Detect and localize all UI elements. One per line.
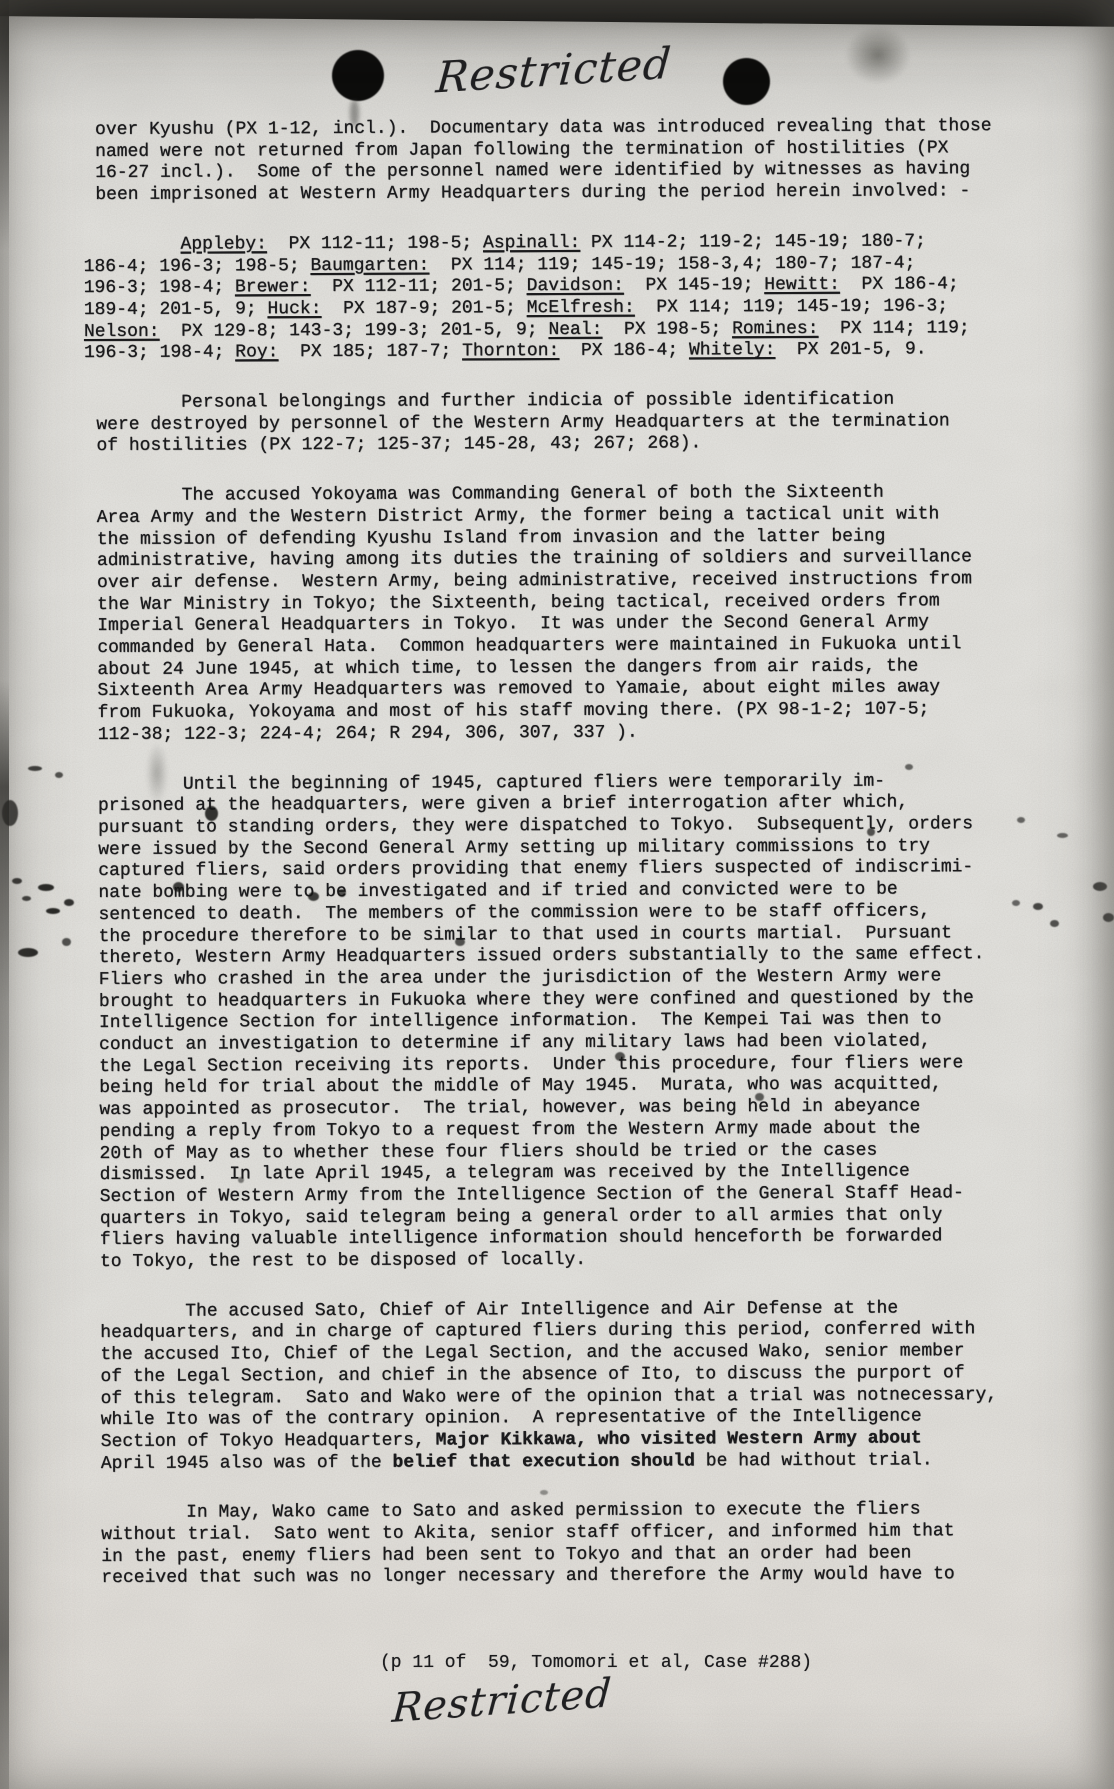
underlined-name: Brewer: xyxy=(235,277,311,297)
text-segment: administrative, having among its duties … xyxy=(97,547,972,571)
text-segment: conduct an investigation to determine if… xyxy=(99,1031,931,1055)
text-segment: The accused Sato, Chief of Air Intellige… xyxy=(185,1298,898,1321)
text-segment: PX 114; 119; xyxy=(818,318,969,339)
ink-speck xyxy=(1093,882,1107,891)
text-segment: named were not returned from Japan follo… xyxy=(95,138,948,162)
scanner-edge-top xyxy=(0,0,1114,27)
text-segment: were destroyed by personnel of the Weste… xyxy=(96,411,949,435)
text-segment: Personal belongings and further indicia … xyxy=(181,390,894,413)
ink-speck xyxy=(1050,920,1059,927)
text-line: commanded by General Hata. Common headqu… xyxy=(97,634,1097,660)
ink-speck xyxy=(205,806,218,821)
text-segment: PX 114; 119; 145-19; 196-3; xyxy=(635,296,948,317)
text-segment: being held for trial about the middle of… xyxy=(99,1075,942,1099)
text-line: thereto, Western Army Headquarters issue… xyxy=(99,944,1099,970)
text-segment: received that such was no longer necessa… xyxy=(101,1565,954,1589)
text-segment: Area Army and the Western District Army,… xyxy=(97,504,940,528)
page-footer: (p 11 of 59, Tomomori et al, Case #288) xyxy=(380,1653,812,1673)
text-line: without trial. Sato went to Akita, senio… xyxy=(101,1521,1101,1547)
ink-speck xyxy=(1057,833,1068,838)
text-segment: PX 145-19; xyxy=(624,275,765,296)
text-segment: captured fliers, said orders providing t… xyxy=(98,858,973,882)
ink-speck xyxy=(18,948,38,957)
text-segment: Major Kikkawa, who visited Western Army … xyxy=(436,1428,922,1450)
restricted-stamp-bottom: Restricted xyxy=(391,1670,614,1732)
wako-permission-paragraph: In May, Wako came to Sato and asked perm… xyxy=(101,1499,1101,1590)
text-segment: Imperial General Headquarters in Tokyo. … xyxy=(97,613,929,637)
text-segment: the Legal Section receiving its reports.… xyxy=(99,1053,963,1077)
text-segment: the War Ministry in Tokyo; the Sixteenth… xyxy=(97,591,940,615)
underlined-name: Thornton: xyxy=(462,341,559,361)
text-segment: 112-38; 122-3; 224-4; 264; R 294, 306, 3… xyxy=(98,723,638,745)
text-segment: was appointed as prosecutor. The trial, … xyxy=(99,1097,920,1121)
ink-speck xyxy=(55,772,63,778)
fliers-procedure-paragraph: Until the beginning of 1945, captured fl… xyxy=(98,770,1100,1274)
scanned-document-page: Restricted over Kyushu (PX 1-12, incl.).… xyxy=(0,0,1114,1789)
text-segment: 16-27 incl.). Some of the personnel name… xyxy=(95,160,970,184)
hole-punch-left xyxy=(332,50,384,101)
text-segment: over Kyushu (PX 1-12, incl.). Documentar… xyxy=(95,116,992,140)
text-segment: over air defense. Western Army, being ad… xyxy=(97,569,972,593)
text-line: been imprisoned at Western Army Headquar… xyxy=(95,181,1095,207)
underlined-name: Aspinall: xyxy=(483,233,580,253)
document-body: over Kyushu (PX 1-12, incl.). Documentar… xyxy=(95,116,1101,1591)
ink-speck xyxy=(64,899,74,906)
underlined-name: Neal: xyxy=(548,319,602,339)
underlined-name: Romines: xyxy=(732,318,819,338)
ink-speck xyxy=(1103,913,1114,922)
exhibit-name-list: Appleby: PX 112-11; 198-5; Aspinall: PX … xyxy=(96,230,1097,365)
yokoyama-paragraph: The accused Yokoyama was Commanding Gene… xyxy=(97,482,1098,747)
text-segment: about 24 June 1945, at which time, to le… xyxy=(97,656,918,680)
ink-speck xyxy=(28,766,42,771)
text-segment: PX 114-2; 119-2; 145-19; 180-7; xyxy=(580,231,926,253)
text-segment: PX 187-9; 201-5; xyxy=(321,298,526,319)
text-segment: dismissed. In late April 1945, a telegra… xyxy=(100,1162,910,1186)
text-segment: 189-4; 201-5, 9; xyxy=(84,299,268,320)
text-segment: Sixteenth Area Army Headquarters was rem… xyxy=(97,678,940,702)
ink-speck xyxy=(1033,903,1043,910)
text-segment: of this telegram. Sato and Wako were of … xyxy=(101,1385,998,1409)
text-segment: nate bombing were to be investigated and… xyxy=(98,880,897,903)
underlined-name: Roy: xyxy=(235,343,278,363)
text-line: 112-38; 122-3; 224-4; 264; R 294, 306, 3… xyxy=(98,721,1098,747)
scanner-edge-left xyxy=(0,0,9,1789)
belongings-paragraph: Personal belongings and further indicia … xyxy=(96,389,1096,458)
ink-speck xyxy=(173,882,184,892)
text-segment: were issued by the Second General Army s… xyxy=(98,836,930,860)
text-segment: 196-3; 198-4; xyxy=(84,343,235,364)
text-segment: The accused Yokoyama was Commanding Gene… xyxy=(182,483,884,506)
text-segment: commanded by General Hata. Common headqu… xyxy=(97,634,961,658)
text-segment: Until the beginning of 1945, captured fl… xyxy=(183,771,885,794)
text-segment: pursuant to standing orders, they were d… xyxy=(98,814,973,838)
text-segment: PX 129-8; 143-3; 199-3; 201-5, 9; xyxy=(160,320,549,342)
text-segment: quarters in Tokyo, said telegram being a… xyxy=(100,1205,943,1229)
text-segment: the mission of defending Kyushu Island f… xyxy=(97,526,886,549)
text-segment: be had without trial. xyxy=(695,1450,933,1471)
text-segment: Intelligence Section for intelligence in… xyxy=(99,1010,942,1034)
text-segment: PX 112-11; 198-5; xyxy=(267,233,483,254)
ink-speck xyxy=(308,892,319,901)
text-segment: PX 198-5; xyxy=(602,319,732,340)
text-segment: in the past, enemy fliers had been sent … xyxy=(101,1543,911,1567)
text-segment: PX 186-4; xyxy=(559,341,689,362)
text-segment: thereto, Western Army Headquarters issue… xyxy=(99,944,985,968)
text-segment: headquarters, and in charge of captured … xyxy=(100,1320,975,1344)
restricted-stamp-top: Restricted xyxy=(434,39,673,104)
text-segment: of hostilities (PX 122-7; 125-37; 145-28… xyxy=(96,434,701,457)
paper-smudge xyxy=(845,26,911,84)
text-segment: Fliers who crashed in the area under the… xyxy=(99,966,942,990)
underlined-name: Davidson: xyxy=(527,276,624,296)
hole-punch-right xyxy=(723,58,770,105)
ink-speck xyxy=(46,908,60,914)
text-line: 196-3; 198-4; Roy: PX 185; 187-7; Thornt… xyxy=(84,339,1096,365)
text-segment: 20th of May as to whether these four fli… xyxy=(99,1140,877,1163)
text-segment: brought to headquarters in Fukuoka where… xyxy=(99,988,974,1012)
underlined-name: Whitely: xyxy=(689,340,776,360)
text-line: of hostilities (PX 122-7; 125-37; 145-28… xyxy=(96,432,1096,458)
text-segment: prisoned at the headquarters, were given… xyxy=(98,793,908,817)
underlined-name: Baumgarten: xyxy=(310,255,429,276)
text-segment: of the Legal Section, and chief in the a… xyxy=(100,1363,964,1387)
text-line: to Tokyo, the rest to be disposed of loc… xyxy=(100,1248,1100,1274)
ink-speck xyxy=(22,896,31,901)
text-segment: Section of Tokyo Headquarters, xyxy=(101,1430,436,1451)
text-line: Section of Western Army from the Intelli… xyxy=(100,1183,1100,1209)
text-line: over air defense. Western Army, being ad… xyxy=(97,569,1097,595)
ink-speck xyxy=(38,884,54,891)
text-segment: the procedure therefore to be similar to… xyxy=(99,923,952,947)
text-segment: the accused Ito, Chief of the Legal Sect… xyxy=(100,1341,964,1365)
text-segment: PX 114; 119; 145-19; 158-3,4; 180-7; 187… xyxy=(429,253,915,275)
text-line: pursuant to standing orders, they were d… xyxy=(98,814,1098,840)
ink-speck xyxy=(755,1093,764,1101)
ink-speck xyxy=(238,1177,244,1183)
opening-paragraph: over Kyushu (PX 1-12, incl.). Documentar… xyxy=(95,116,1095,207)
text-segment: In May, Wako came to Sato and asked perm… xyxy=(186,1500,921,1523)
ink-speck xyxy=(1012,900,1020,906)
text-segment: PX 185; 187-7; xyxy=(278,342,462,363)
ink-speck xyxy=(867,828,875,836)
text-segment: while Ito was of the contrary opinion. A… xyxy=(101,1407,922,1431)
text-segment: been imprisoned at Western Army Headquar… xyxy=(95,181,970,205)
underlined-name: Nelson: xyxy=(84,321,160,341)
text-segment: 196-3; 198-4; xyxy=(84,278,235,299)
underlined-name: Appleby: xyxy=(181,234,268,254)
text-line: received that such was no longer necessa… xyxy=(101,1564,1101,1590)
ink-speck xyxy=(540,1490,548,1495)
ink-speck xyxy=(455,938,465,946)
text-segment: April 1945 also was of the xyxy=(101,1452,393,1473)
underlined-name: McElfresh: xyxy=(527,298,635,318)
text-segment: sentenced to death. The members of the c… xyxy=(98,901,930,925)
text-segment: Section of Western Army from the Intelli… xyxy=(100,1183,964,1207)
underlined-name: Hewitt: xyxy=(764,275,840,295)
text-segment: PX 186-4; xyxy=(840,274,959,295)
ink-speck xyxy=(615,1052,625,1061)
text-segment: PX 112-11; 201-5; xyxy=(311,276,527,297)
ink-speck xyxy=(905,764,913,770)
text-segment: without trial. Sato went to Akita, senio… xyxy=(101,1521,954,1545)
underlined-name: Huck: xyxy=(267,299,321,319)
sato-conference-paragraph: The accused Sato, Chief of Air Intellige… xyxy=(100,1297,1101,1475)
text-segment: PX 201-5, 9. xyxy=(775,340,926,361)
ink-speck xyxy=(338,889,346,897)
ink-speck xyxy=(2,800,18,826)
text-segment: to Tokyo, the rest to be disposed of loc… xyxy=(100,1250,586,1272)
text-line: captured fliers, said orders providing t… xyxy=(98,857,1098,883)
text-segment: from Fukuoka, Yokoyama and most of his s… xyxy=(98,700,930,724)
text-segment: pending a reply from Tokyo to a request … xyxy=(99,1118,920,1142)
text-segment: belief that execution should xyxy=(392,1451,695,1472)
text-segment: 186-4; 196-3; 198-5; xyxy=(84,256,311,277)
ink-speck xyxy=(62,938,71,946)
ink-speck xyxy=(1017,817,1025,823)
text-segment: fliers having valuable intelligence info… xyxy=(100,1227,943,1251)
ink-speck xyxy=(12,878,22,884)
text-line: April 1945 also was of the belief that e… xyxy=(101,1449,1101,1475)
